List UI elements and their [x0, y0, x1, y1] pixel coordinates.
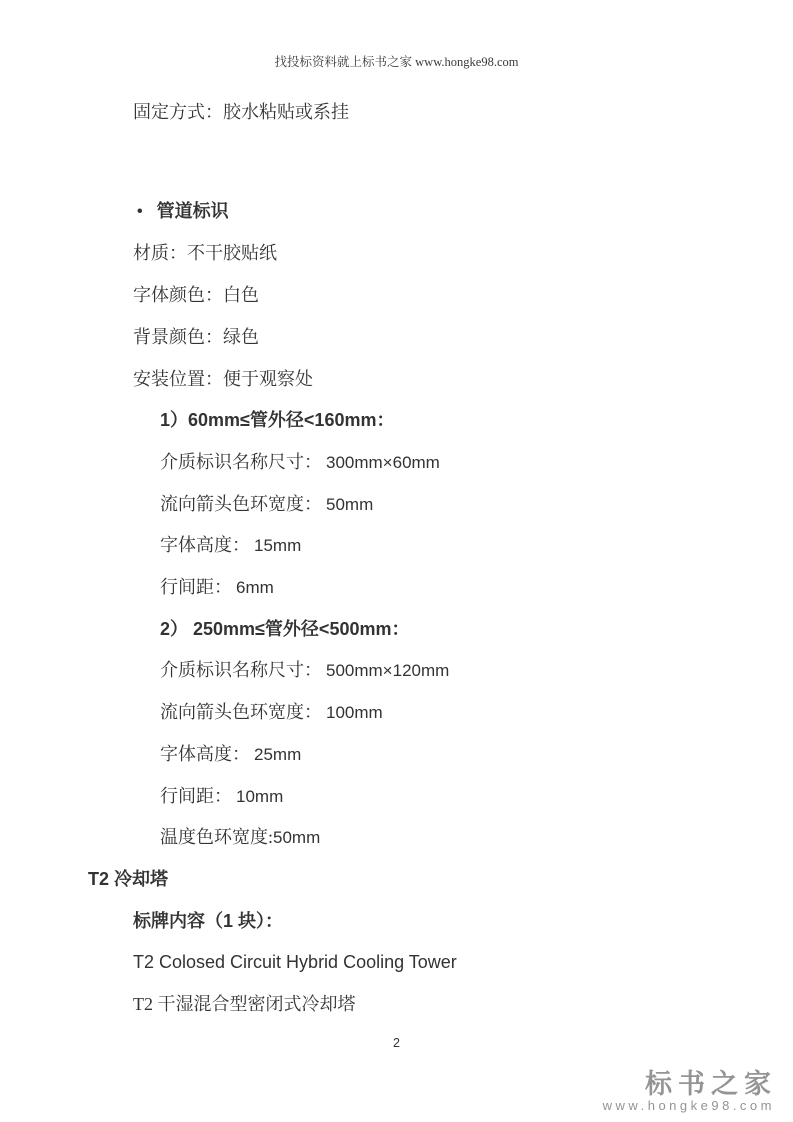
case1-heading: 1）60mm≤管外径<160mm：: [133, 400, 723, 442]
paragraph-fixing-method: 固定方式：胶水粘贴或系挂: [133, 92, 723, 134]
page-number: 2: [0, 1036, 793, 1050]
bullet-heading-label: 管道标识: [157, 201, 229, 221]
section-heading-t2: T2 冷却塔: [88, 859, 723, 901]
spec-label: 流向箭头色环宽度：: [160, 702, 322, 722]
document-page: 找投标资料就上标书之家 www.hongke98.com 固定方式：胶水粘贴或系…: [0, 0, 793, 1122]
bullet-heading-pipe-label: •管道标识: [133, 191, 723, 234]
spec-value: 50mm: [326, 495, 373, 514]
document-body: 固定方式：胶水粘贴或系挂 •管道标识 材质：不干胶贴纸 字体颜色：白色 背景颜色…: [133, 92, 723, 1026]
spec-label: 字体高度：: [160, 535, 250, 555]
spec-label: 介质标识名称尺寸：: [160, 660, 322, 680]
t2-line-english: T2 Colosed Circuit Hybrid Cooling Tower: [133, 942, 723, 984]
watermark: 标书之家 www.hongke98.com: [603, 1070, 775, 1114]
spec-value: 25mm: [254, 745, 301, 764]
paragraph-font-color: 字体颜色：白色: [133, 275, 723, 317]
case1-spec-line: 流向箭头色环宽度：50mm: [133, 484, 723, 526]
case2-spec-line: 字体高度：25mm: [133, 734, 723, 776]
spec-value: 500mm×120mm: [326, 661, 449, 680]
spec-value: 50mm: [273, 828, 320, 847]
spec-label: 温度色环宽度:: [160, 827, 273, 847]
paragraph-background-color: 背景颜色：绿色: [133, 317, 723, 359]
case2-spec-line: 介质标识名称尺寸：500mm×120mm: [133, 650, 723, 692]
case2-spec-line: 温度色环宽度:50mm: [133, 817, 723, 859]
paragraph-install-position: 安装位置：便于观察处: [133, 359, 723, 401]
case1-spec-line: 介质标识名称尺寸：300mm×60mm: [133, 442, 723, 484]
spec-label: 字体高度：: [160, 744, 250, 764]
paragraph-material: 材质：不干胶贴纸: [133, 233, 723, 275]
case2-heading: 2） 250mm≤管外径<500mm：: [133, 609, 723, 651]
case1-spec-line: 行间距：6mm: [133, 567, 723, 609]
spec-label: 行间距：: [160, 577, 232, 597]
case2-spec-line: 流向箭头色环宽度：100mm: [133, 692, 723, 734]
case2-spec-line: 行间距：10mm: [133, 776, 723, 818]
spec-value: 10mm: [236, 787, 283, 806]
spec-value: 15mm: [254, 536, 301, 555]
spec-label: 流向箭头色环宽度：: [160, 494, 322, 514]
spec-label: 介质标识名称尺寸：: [160, 452, 322, 472]
bullet-icon: •: [137, 191, 143, 233]
watermark-url: www.hongke98.com: [603, 1098, 775, 1114]
watermark-brand-logo: 标书之家: [603, 1070, 777, 1098]
spec-value: 100mm: [326, 703, 383, 722]
t2-subheading: 标牌内容（1 块）：: [133, 901, 723, 943]
page-header-note: 找投标资料就上标书之家 www.hongke98.com: [0, 52, 793, 70]
t2-line-chinese: T2 干湿混合型密闭式冷却塔: [133, 984, 723, 1026]
spec-label: 行间距：: [160, 786, 232, 806]
spec-value: 300mm×60mm: [326, 453, 440, 472]
case1-spec-line: 字体高度：15mm: [133, 525, 723, 567]
spec-value: 6mm: [236, 578, 274, 597]
